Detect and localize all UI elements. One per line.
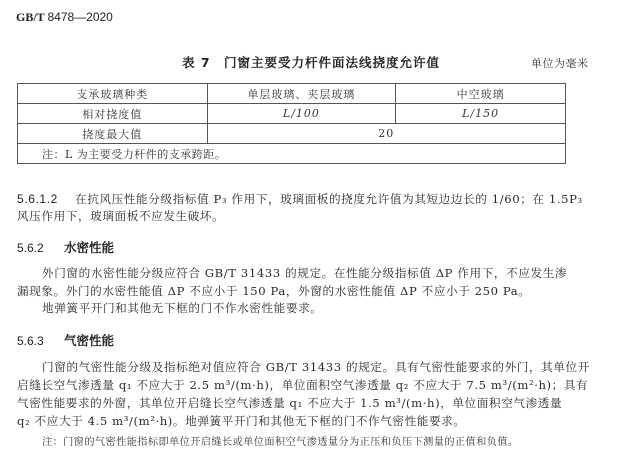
standard-code: GB/T 8478—2020	[16, 10, 113, 25]
table-note-row: 注：L 为主要受力杆件的支承跨距。	[18, 144, 566, 164]
paragraph-563-line2: 启缝长空气渗透量 q₁ 不应大于 2.5 m³/(m·h)，单位面积空气渗透量 …	[17, 377, 588, 393]
header-glass-type: 支承玻璃种类	[18, 84, 208, 104]
standard-number: 8478—2020	[47, 10, 112, 24]
table-header-row: 支承玻璃种类 单层玻璃、夹层玻璃 中空玻璃	[18, 84, 566, 104]
table-note: 注：L 为主要受力杆件的支承跨距。	[18, 144, 566, 164]
table-title: 表 7 门窗主要受力杆件面法线挠度允许值	[182, 53, 440, 71]
row-label: 相对挠度值	[18, 104, 208, 124]
paragraph-563-line3: 气密性能要求的外窗，其单位开启缝长空气渗透量 q₁ 不应大于 1.5 m³/(m…	[17, 395, 562, 411]
standard-prefix: GB/T	[16, 10, 44, 24]
section-note: 注：门窗的气密性能指标即单位开启缝长或单位面积空气渗透量分为正压和负压下测量的正…	[42, 433, 518, 448]
cell-value: L/150	[396, 104, 566, 124]
deflection-table: 支承玻璃种类 单层玻璃、夹层玻璃 中空玻璃 相对挠度值 L/100 L/150 …	[17, 83, 566, 164]
header-insulating: 中空玻璃	[396, 84, 566, 104]
section-heading-563: 5.6.3 气密性能	[17, 330, 114, 349]
paragraph-562-line2: 漏现象。外门的水密性能值 ΔP 不应小于 150 Pa，外窗的水密性能值 ΔP …	[17, 283, 531, 299]
cell-value-merged: 20	[207, 124, 565, 144]
cell-value: L/100	[207, 104, 396, 124]
row-label: 挠度最大值	[18, 124, 208, 144]
paragraph-562-line1: 外门窗的水密性能分级应符合 GB/T 31433 的规定。在性能分级指标值 ΔP…	[42, 265, 567, 281]
section-title: 气密性能	[64, 333, 114, 348]
paragraph-5612-line1: 5.6.1.2 在抗风压性能分级指标值 P₃ 作用下，玻璃面板的挠度允许值为其短…	[17, 191, 583, 207]
section-number: 5.6.1.2	[17, 192, 58, 206]
paragraph-text: 在抗风压性能分级指标值 P₃ 作用下，玻璃面板的挠度允许值为其短边边长的 1/6…	[75, 192, 583, 206]
paragraph-563-line4: q₂ 不应大于 4.5 m³/(m²·h)。地弹簧平开门和其他无下框的门不作气密…	[17, 413, 466, 429]
section-title: 水密性能	[64, 240, 114, 255]
section-number: 5.6.2	[17, 241, 44, 255]
table-row: 相对挠度值 L/100 L/150	[18, 104, 566, 124]
section-heading-562: 5.6.2 水密性能	[17, 237, 114, 256]
section-number: 5.6.3	[17, 334, 44, 348]
table-unit: 单位为毫米	[531, 55, 589, 71]
header-single-laminated: 单层玻璃、夹层玻璃	[207, 84, 396, 104]
table-row: 挠度最大值 20	[18, 124, 566, 144]
paragraph-563-line1: 门窗的气密性能分级及指标绝对值应符合 GB/T 31433 的规定。具有气密性能…	[42, 359, 590, 375]
paragraph-562-line3: 地弹簧平开门和其他无下框的门不作水密性能要求。	[42, 300, 322, 316]
paragraph-5612-line2: 风压作用下，玻璃面板不应发生破坏。	[17, 208, 224, 224]
